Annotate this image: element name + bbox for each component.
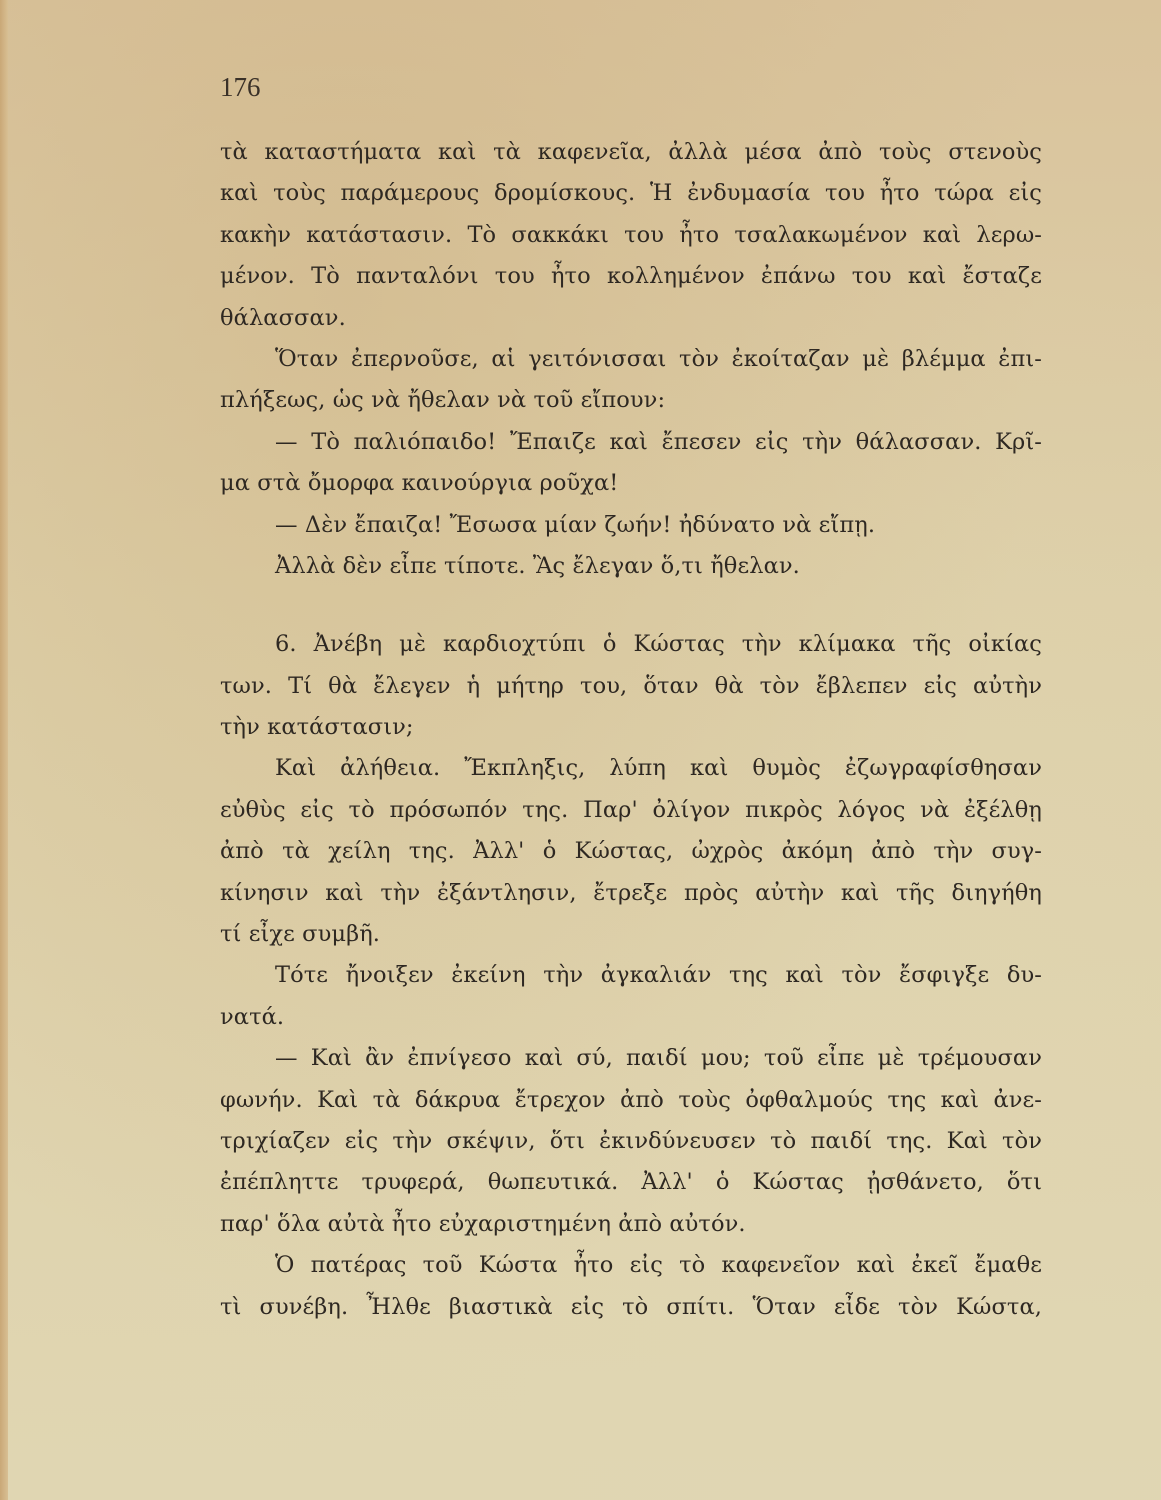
section-start-line: 6. Ἀνέβη μὲ καρδιοχτύπι ὁ Κώστας τὴν κλί… (220, 624, 1042, 665)
book-page: 176 τὰ καταστήματα καὶ τὰ καφενεῖα, ἀλλὰ… (0, 0, 1161, 1500)
text-line: Ὁ πατέρας τοῦ Κώστα ἦτο εἰς τὸ καφενεῖον… (220, 1245, 1042, 1286)
text-line: νατά. (220, 997, 1042, 1038)
text-line: τριχίαζεν εἰς τὴν σκέψιν, ὅτι ἐκινδύνευσ… (220, 1121, 1042, 1162)
text-line: Ὅταν ἐπερνοῦσε, αἱ γειτόνισσαι τὸν ἐκοίτ… (220, 339, 1042, 380)
text-line: κίνησιν καὶ τὴν ἐξάντλησιν, ἔτρεξε πρὸς … (220, 873, 1042, 914)
text-line: — Καὶ ἂν ἐπνίγεσο καὶ σύ, παιδί μου; τοῦ… (220, 1038, 1042, 1079)
text-line: παρ' ὅλα αὐτὰ ἦτο εὐχαριστημένη ἀπὸ αὐτό… (220, 1204, 1042, 1245)
text-line: ἀπὸ τὰ χείλη της. Ἀλλ' ὁ Κώστας, ὠχρὸς ἀ… (220, 831, 1042, 872)
text-line: — Τὸ παλιόπαιδο! Ἔπαιζε καὶ ἔπεσεν εἰς τ… (220, 422, 1042, 463)
page-number: 176 (220, 72, 261, 103)
page-edge (0, 0, 8, 1500)
text-line: τὴν κατάστασιν; (220, 707, 1042, 748)
text-line: μα στὰ ὄμορφα καινούργια ροῦχα! (220, 463, 1042, 504)
text-line: φωνήν. Καὶ τὰ δάκρυα ἔτρεχον ἀπὸ τοὺς ὀφ… (220, 1080, 1042, 1121)
text-line: μένον. Τὸ πανταλόνι του ἦτο κολλημένον ἐ… (220, 256, 1042, 297)
text-line: των. Τί θὰ ἔλεγεν ἡ μήτηρ του, ὅταν θὰ τ… (220, 666, 1042, 707)
text-line: θάλασσαν. (220, 298, 1042, 339)
text-line: Ἀλλὰ δὲν εἶπε τίποτε. Ἂς ἔλεγαν ὅ,τι ἤθε… (220, 546, 1042, 587)
text-line: Τότε ἤνοιξεν ἐκείνη τὴν ἀγκαλιάν της καὶ… (220, 955, 1042, 996)
body-text: τὰ καταστήματα καὶ τὰ καφενεῖα, ἀλλὰ μέσ… (220, 132, 1042, 1328)
text-line: τὶ συνέβη. Ἦλθε βιαστικὰ εἰς τὸ σπίτι. Ὅ… (220, 1287, 1042, 1328)
text-line: τί εἶχε συμβῆ. (220, 914, 1042, 955)
text-line: καὶ τοὺς παράμερους δρομίσκους. Ἡ ἐνδυμα… (220, 173, 1042, 214)
section-gap (220, 587, 1042, 624)
text-line: τὰ καταστήματα καὶ τὰ καφενεῖα, ἀλλὰ μέσ… (220, 132, 1042, 173)
text-line: — Δὲν ἔπαιζα! Ἔσωσα μίαν ζωήν! ἠδύνατο ν… (220, 505, 1042, 546)
text-line: πλήξεως, ὡς νὰ ἤθελαν νὰ τοῦ εἴπουν: (220, 380, 1042, 421)
text-line: εὐθὺς εἰς τὸ πρόσωπόν της. Παρ' ὀλίγον π… (220, 790, 1042, 831)
text-line: ἐπέπληττε τρυφερά, θωπευτικά. Ἀλλ' ὁ Κώσ… (220, 1162, 1042, 1203)
text-line: Καὶ ἀλήθεια. Ἔκπληξις, λύπη καὶ θυμὸς ἐζ… (220, 748, 1042, 789)
text-line: κακὴν κατάστασιν. Τὸ σακκάκι του ἦτο τσα… (220, 215, 1042, 256)
